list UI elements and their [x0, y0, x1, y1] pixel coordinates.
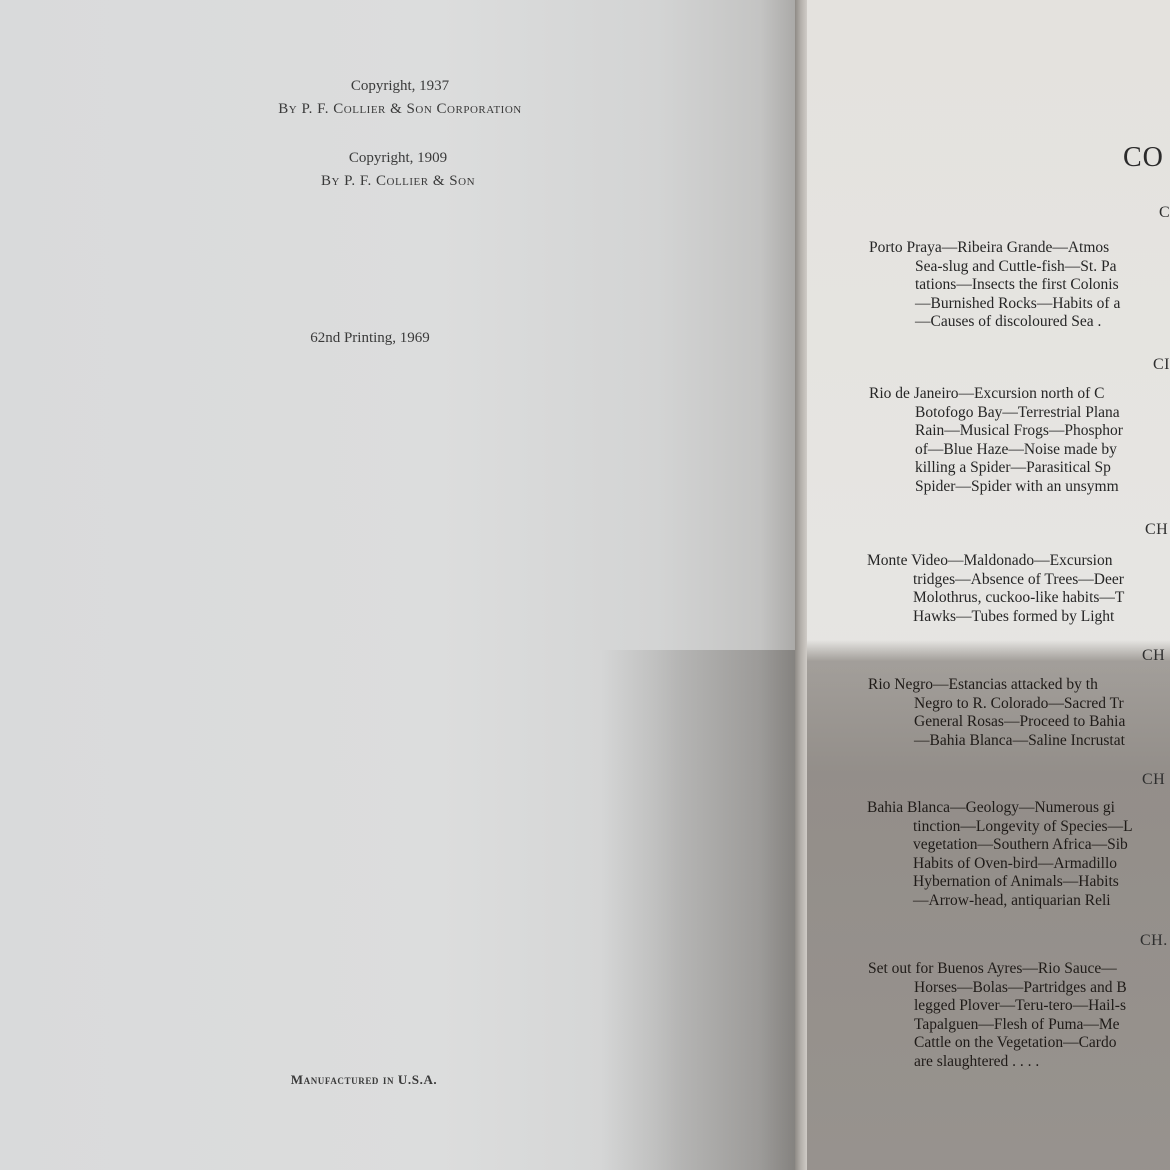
entry-line: Sea-slug and Cuttle-fish—St. Pa	[869, 258, 1170, 277]
chapter-label-2: CI	[1153, 356, 1170, 374]
chapter-label-3: CH	[1145, 521, 1168, 539]
entry-line: Negro to R. Colorado—Sacred Tr	[868, 695, 1170, 714]
entry-line: Molothrus, cuckoo-like habits—T	[867, 589, 1170, 608]
entry-line: Horses—Bolas—Partridges and B	[868, 979, 1170, 998]
entry-line: —Burnished Rocks—Habits of a	[869, 295, 1170, 314]
copyright-1937-publisher: By P. F. Collier & Son Corporation	[0, 101, 800, 118]
chapter-label-1: C	[1159, 204, 1170, 222]
book-gutter	[795, 0, 807, 1170]
hand-shadow-left	[600, 650, 800, 1170]
entry-line: —Causes of discoloured Sea .	[869, 313, 1170, 332]
entry-line: Set out for Buenos Ayres—Rio Sauce—	[868, 960, 1170, 979]
entry-line: legged Plover—Teru-tero—Hail-s	[868, 997, 1170, 1016]
entry-line: are slaughtered . . . .	[868, 1053, 1170, 1072]
entry-line: Hybernation of Animals—Habits	[867, 873, 1170, 892]
copyright-1909: Copyright, 1909	[0, 150, 798, 167]
entry-line: Porto Praya—Ribeira Grande—Atmos	[869, 239, 1170, 258]
entry-line: Rio de Janeiro—Excursion north of C	[869, 385, 1170, 404]
entry-line: Rio Negro—Estancias attacked by th	[868, 676, 1170, 695]
entry-line: Cattle on the Vegetation—Cardo	[868, 1034, 1170, 1053]
entry-line: Bahia Blanca—Geology—Numerous gi	[867, 799, 1170, 818]
chapter-entry-5: Bahia Blanca—Geology—Numerous gi tinctio…	[867, 799, 1170, 911]
entry-line: General Rosas—Proceed to Bahia	[868, 713, 1170, 732]
chapter-label-4: CH	[1142, 647, 1165, 665]
entry-line: vegetation—Southern Africa—Sib	[867, 836, 1170, 855]
entry-line: killing a Spider—Parasitical Sp	[869, 459, 1170, 478]
copyright-1909-publisher: By P. F. Collier & Son	[0, 173, 798, 190]
entry-line: Tapalguen—Flesh of Puma—Me	[868, 1016, 1170, 1035]
chapter-entry-6: Set out for Buenos Ayres—Rio Sauce— Hors…	[868, 960, 1170, 1072]
entry-line: of—Blue Haze—Noise made by	[869, 441, 1170, 460]
entry-line: Spider—Spider with an unsymm	[869, 478, 1170, 497]
chapter-label-5: CH	[1142, 771, 1165, 789]
chapter-entry-3: Monte Video—Maldonado—Excursion tridges—…	[867, 552, 1170, 626]
entry-line: —Arrow-head, antiquarian Reli	[867, 892, 1170, 911]
left-page-copyright: Copyright, 1937 By P. F. Collier & Son C…	[0, 0, 800, 1170]
entry-line: tridges—Absence of Trees—Deer	[867, 571, 1170, 590]
entry-line: Botofogo Bay—Terrestrial Plana	[869, 404, 1170, 423]
entry-line: Habits of Oven-bird—Armadillo	[867, 855, 1170, 874]
copyright-1937: Copyright, 1937	[0, 78, 800, 95]
entry-line: Monte Video—Maldonado—Excursion	[867, 552, 1170, 571]
chapter-entry-2: Rio de Janeiro—Excursion north of C Boto…	[869, 385, 1170, 497]
entry-line: —Bahia Blanca—Saline Incrustat	[868, 732, 1170, 751]
chapter-entry-4: Rio Negro—Estancias attacked by th Negro…	[868, 676, 1170, 750]
contents-title: CO	[1123, 142, 1164, 174]
chapter-entry-1: Porto Praya—Ribeira Grande—Atmos Sea-slu…	[869, 239, 1170, 332]
entry-line: Rain—Musical Frogs—Phosphor	[869, 422, 1170, 441]
entry-line: Hawks—Tubes formed by Light	[867, 608, 1170, 627]
entry-line: tations—Insects the first Colonis	[869, 276, 1170, 295]
entry-line: tinction—Longevity of Species—L	[867, 818, 1170, 837]
right-page-contents: CO C Porto Praya—Ribeira Grande—Atmos Se…	[807, 0, 1170, 1170]
printing-notice: 62nd Printing, 1969	[0, 330, 770, 347]
chapter-label-6: CH.	[1140, 932, 1168, 950]
